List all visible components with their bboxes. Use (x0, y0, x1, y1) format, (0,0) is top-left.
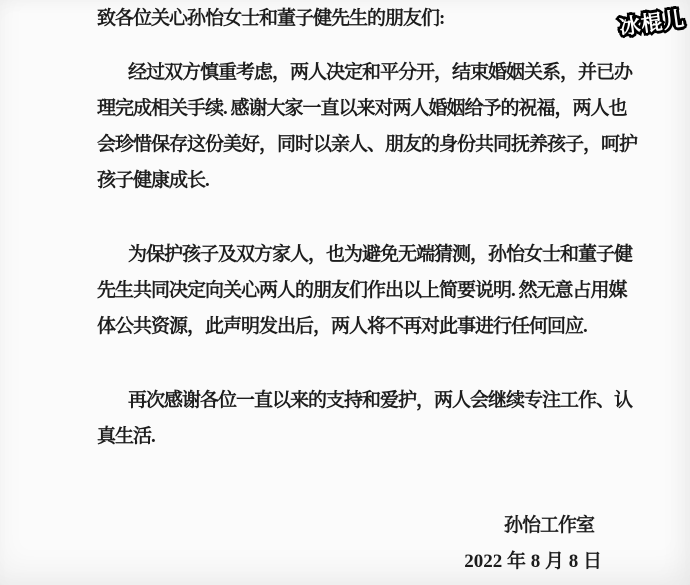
statement-page: 冰棍儿 致各位关心孙怡女士和董子健先生的朋友们: 经过双方慎重考虑，两人决定和平… (0, 0, 690, 585)
paragraph: 再次感谢各位一直以来的支持和爱护，两人会继续专注工作、认真生活. (97, 383, 602, 455)
paragraph-line: 真生活. (97, 419, 602, 455)
paragraph: 为保护孩子及双方家人，也为避免无端猜测，孙怡女士和董子健先生共同决定向关心两人的… (97, 237, 602, 345)
paragraph-line: 体公共资源，此声明发出后，两人将不再对此事进行任何回应. (97, 309, 602, 345)
watermark: 冰棍儿 (617, 3, 687, 42)
paragraph-line: 为保护孩子及双方家人，也为避免无端猜测，孙怡女士和董子健 (97, 237, 602, 273)
signature-block: 孙怡工作室 2022 年 8 月 8 日 (97, 508, 602, 580)
signature: 孙怡工作室 (97, 508, 602, 544)
statement-body: 经过双方慎重考虑，两人决定和平分开，结束婚姻关系，并已办理完成相关手续. 感谢大… (97, 55, 602, 455)
paragraph: 经过双方慎重考虑，两人决定和平分开，结束婚姻关系，并已办理完成相关手续. 感谢大… (97, 55, 602, 199)
paragraph-line: 再次感谢各位一直以来的支持和爱护，两人会继续专注工作、认 (97, 383, 602, 419)
paragraph-line: 会珍惜保存这份美好，同时以亲人、朋友的身份共同抚养孩子，呵护 (97, 127, 602, 163)
statement-document: 致各位关心孙怡女士和董子健先生的朋友们: 经过双方慎重考虑，两人决定和平分开，结… (97, 1, 602, 580)
paragraph-line: 先生共同决定向关心两人的朋友们作出以上简要说明. 然无意占用媒 (97, 273, 602, 309)
paragraph-line: 理完成相关手续. 感谢大家一直以来对两人婚姻给予的祝福，两人也 (97, 91, 602, 127)
date: 2022 年 8 月 8 日 (97, 544, 602, 580)
paragraph-line: 经过双方慎重考虑，两人决定和平分开，结束婚姻关系，并已办 (97, 55, 602, 91)
greeting-line: 致各位关心孙怡女士和董子健先生的朋友们: (97, 1, 602, 37)
paragraph-line: 孩子健康成长. (97, 163, 602, 199)
